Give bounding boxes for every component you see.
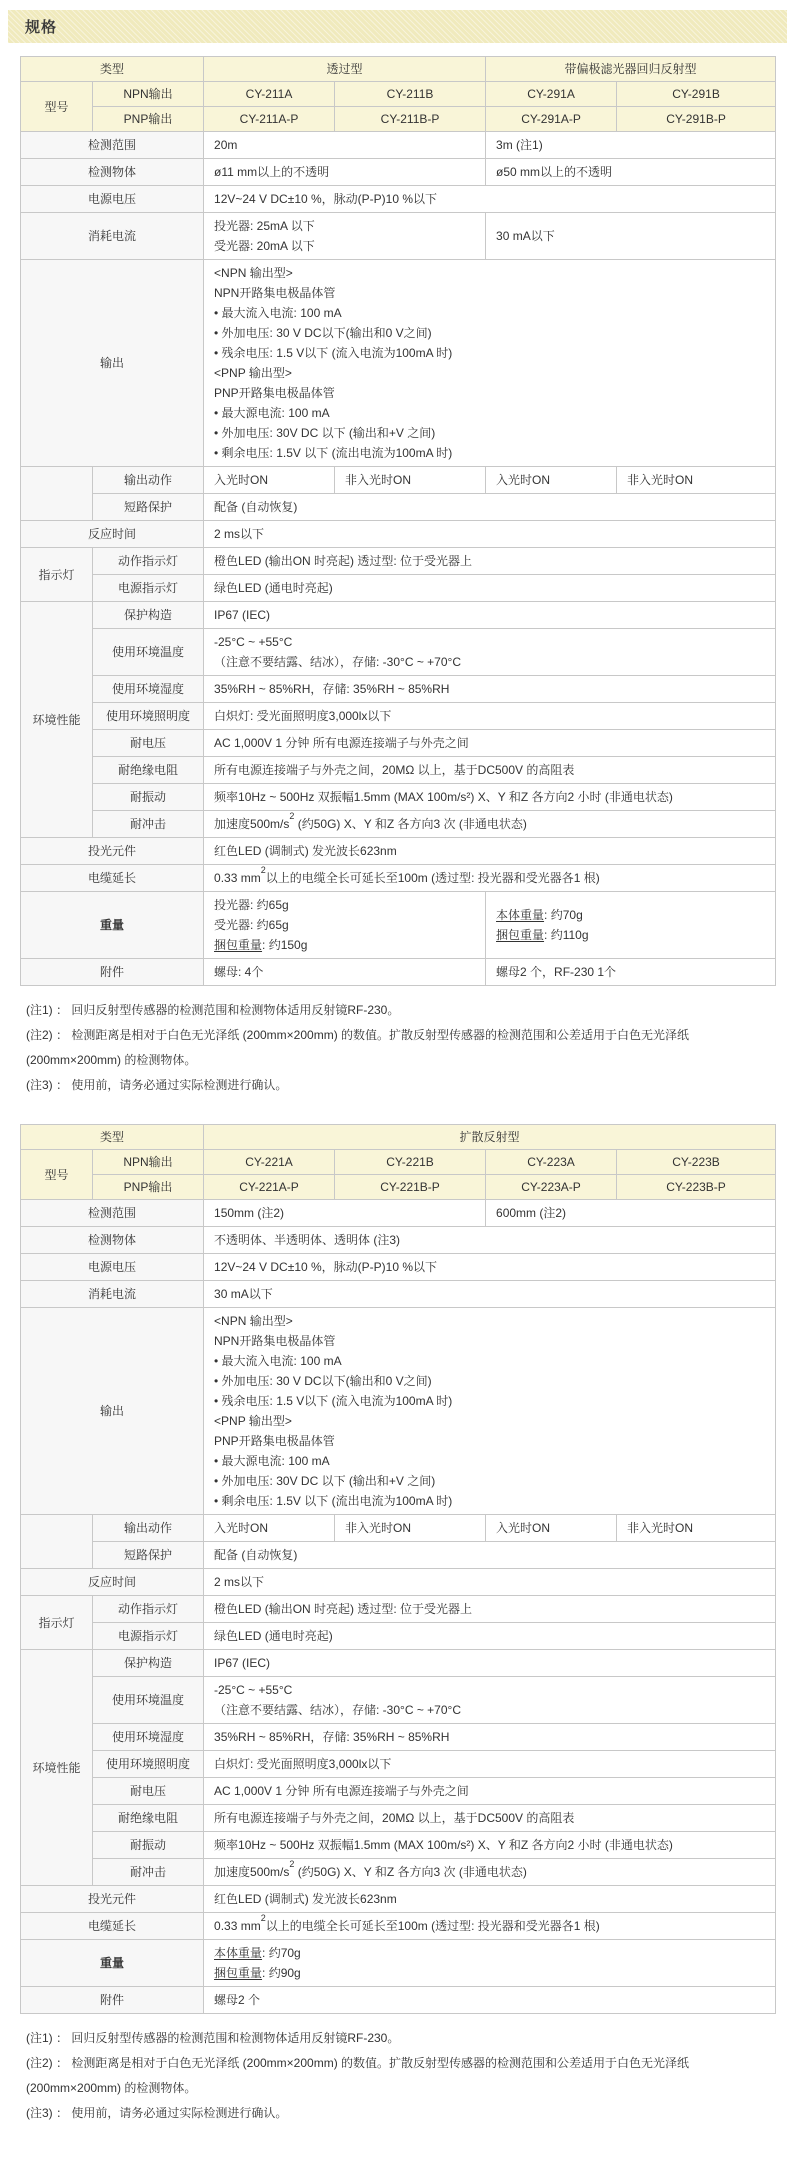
spec-body-row: 电源电压12V~24 V DC±10 %，脉动(P-P)10 %以下 [21,186,776,213]
spec-label-cell: 重量 [21,892,204,959]
spec-value-cell: 配备 (自动恢复) [204,494,776,521]
spec-body-row: 投光元件红色LED (调制式) 发光波长623nm [21,838,776,865]
notes-block: (注1) ： 回归反射型传感器的检测范围和检测物体适用反射镜RF-230。(注2… [26,2026,775,2126]
note: (注3) ： 使用前，请务必通过实际检测进行确认。 [26,2101,775,2126]
spec-value-cell: 入光时ON [204,467,335,494]
spec-value-cell: AC 1,000V 1 分钟 所有电源连接端子与外壳之间 [204,730,776,757]
spec-header-cell: PNP输出 [93,107,204,132]
spec-label-cell: 消耗电流 [21,1281,204,1308]
spec-value-cell: 绿色LED (通电时亮起) [204,1623,776,1650]
spec-body-row: 短路保护配备 (自动恢复) [21,494,776,521]
spec-body-row: 检测范围20m3m (注1) [21,132,776,159]
spec-value-cell: 35%RH ~ 85%RH，存储: 35%RH ~ 85%RH [204,1724,776,1751]
spec-label-cell: 反应时间 [21,1569,204,1596]
spec-label-cell: 电源指示灯 [93,1623,204,1650]
spec-body-row: 使用环境湿度35%RH ~ 85%RH，存储: 35%RH ~ 85%RH [21,1724,776,1751]
spec-label-cell: 电源电压 [21,186,204,213]
spec-value-cell: 非入光时ON [335,467,486,494]
spec-value-cell: 不透明体、半透明体、透明体 (注3) [204,1227,776,1254]
spec-label-cell: 检测范围 [21,1200,204,1227]
spec-body-row: 耐绝缘电阻所有电源连接端子与外壳之间，20MΩ 以上，基于DC500V 的高阻表 [21,757,776,784]
spec-body-row: 检测范围150mm (注2)600mm (注2) [21,1200,776,1227]
spec-label-cell: 使用环境温度 [93,1677,204,1724]
spec-label-cell: 耐冲击 [93,1859,204,1886]
spec-header-cell: CY-291B [617,82,776,107]
spec-body-row: 电源指示灯绿色LED (通电时亮起) [21,575,776,602]
spec-label-cell: 耐绝缘电阻 [93,757,204,784]
spec-body-row: 电源电压12V~24 V DC±10 %，脉动(P-P)10 %以下 [21,1254,776,1281]
spec-body-row: 耐电压AC 1,000V 1 分钟 所有电源连接端子与外壳之间 [21,1778,776,1805]
spec-value-cell: 非入光时ON [617,467,776,494]
spec-value-cell: 非入光时ON [335,1515,486,1542]
spec-value-cell: 白炽灯: 受光面照明度3,000lx以下 [204,1751,776,1778]
spec-header-cell: NPN输出 [93,1150,204,1175]
spec-header-cell: 类型 [21,1125,204,1150]
spec-body-row: 附件螺母: 4个螺母2 个，RF-230 1个 [21,959,776,986]
spec-value-cell: 0.33 mm2以上的电缆全长可延长至100m (透过型: 投光器和受光器各1 … [204,1913,776,1940]
spec-value-cell: 绿色LED (通电时亮起) [204,575,776,602]
spec-body-row: 检测物体不透明体、半透明体、透明体 (注3) [21,1227,776,1254]
spec-body-row: 耐电压AC 1,000V 1 分钟 所有电源连接端子与外壳之间 [21,730,776,757]
note: (注2) ： 检测距离是相对于白色无光泽纸 (200mm×200mm) 的数值。… [26,2051,775,2101]
spec-value-cell: 0.33 mm2以上的电缆全长可延长至100m (透过型: 投光器和受光器各1 … [204,865,776,892]
note: (注1) ： 回归反射型传感器的检测范围和检测物体适用反射镜RF-230。 [26,998,775,1023]
spec-body-row: 指示灯动作指示灯橙色LED (输出ON 时亮起) 透过型: 位于受光器上 [21,1596,776,1623]
spec-value-cell: 螺母2 个，RF-230 1个 [486,959,776,986]
spec-value-cell: AC 1,000V 1 分钟 所有电源连接端子与外壳之间 [204,1778,776,1805]
spec-value-cell: 投光器: 25mA 以下受光器: 20mA 以下 [204,213,486,260]
spec-label-cell: 附件 [21,959,204,986]
spec-header-row: 类型扩散反射型 [21,1125,776,1150]
note: (注1) ： 回归反射型传感器的检测范围和检测物体适用反射镜RF-230。 [26,2026,775,2051]
spec-label-cell: 耐振动 [93,784,204,811]
spec-body-row: 耐振动频率10Hz ~ 500Hz 双振幅1.5mm (MAX 100m/s²)… [21,1832,776,1859]
spec-value-cell: 2 ms以下 [204,521,776,548]
spec-value-cell: 螺母2 个 [204,1987,776,2014]
spec-value-cell: 本体重量: 约70g捆包重量: 约90g [204,1940,776,1987]
spec-header-row: 型号NPN输出CY-221ACY-221BCY-223ACY-223B [21,1150,776,1175]
spec-body-row: 检测物体ø11 mm以上的不透明ø50 mm以上的不透明 [21,159,776,186]
spec-label-cell: 电缆延长 [21,865,204,892]
spec-body-row: 环境性能保护构造IP67 (IEC) [21,1650,776,1677]
spec-label-cell: 耐电压 [93,1778,204,1805]
spec-label-cell: 反应时间 [21,521,204,548]
spec-label-cell: 指示灯 [21,1596,93,1650]
spec-header-cell: CY-221A-P [204,1175,335,1200]
spec-label-cell: 使用环境照明度 [93,703,204,730]
spec-value-cell: 本体重量: 约70g捆包重量: 约110g [486,892,776,959]
spec-body-row: 耐绝缘电阻所有电源连接端子与外壳之间，20MΩ 以上，基于DC500V 的高阻表 [21,1805,776,1832]
spec-header-cell: CY-223A [486,1150,617,1175]
spec-header-cell: CY-211B-P [335,107,486,132]
spec-body-row: 重量投光器: 约65g受光器: 约65g捆包重量: 约150g本体重量: 约70… [21,892,776,959]
spec-value-cell: 12V~24 V DC±10 %，脉动(P-P)10 %以下 [204,186,776,213]
spec-value-cell: 红色LED (调制式) 发光波长623nm [204,838,776,865]
spec-body-row: 使用环境温度-25°C ~ +55°C （注意不要结露、结冰），存储: -30°… [21,1677,776,1724]
spec-body-row: 耐冲击加速度500m/s2 (约50G) X、Y 和Z 各方向3 次 (非通电状… [21,811,776,838]
spec-value-cell: 频率10Hz ~ 500Hz 双振幅1.5mm (MAX 100m/s²) X、… [204,1832,776,1859]
spec-header-row: 型号NPN输出CY-211ACY-211BCY-291ACY-291B [21,82,776,107]
spec-label-cell: 投光元件 [21,1886,204,1913]
spec-label-cell: 耐电压 [93,730,204,757]
spec-header-cell: 带偏极滤光器回归反射型 [486,57,776,82]
spec-label-cell: 保护构造 [93,1650,204,1677]
spec-label-cell: 输出动作 [93,467,204,494]
spec-value-cell: 35%RH ~ 85%RH，存储: 35%RH ~ 85%RH [204,676,776,703]
spec-header-cell: 型号 [21,1150,93,1200]
spec-label-cell [21,467,93,521]
spec-value-cell: 螺母: 4个 [204,959,486,986]
spec-header-cell: CY-291A [486,82,617,107]
spec-value-cell: IP67 (IEC) [204,602,776,629]
spec-body-row: 消耗电流投光器: 25mA 以下受光器: 20mA 以下30 mA以下 [21,213,776,260]
spec-label-cell: 电缆延长 [21,1913,204,1940]
spec-value-cell: 配备 (自动恢复) [204,1542,776,1569]
spec-body-row: 输出<NPN 输出型>NPN开路集电极晶体管• 最大流入电流: 100 mA• … [21,260,776,467]
spec-value-cell: 所有电源连接端子与外壳之间，20MΩ 以上，基于DC500V 的高阻表 [204,757,776,784]
spec-label-cell: 动作指示灯 [93,548,204,575]
spec-header-cell: CY-291A-P [486,107,617,132]
spec-table-diffuse: 类型扩散反射型型号NPN输出CY-221ACY-221BCY-223ACY-22… [20,1124,776,2014]
spec-value-cell: 30 mA以下 [486,213,776,260]
spec-value-cell: ø11 mm以上的不透明 [204,159,486,186]
spec-value-cell: 2 ms以下 [204,1569,776,1596]
spec-header-cell: CY-211B [335,82,486,107]
spec-label-cell: 输出动作 [93,1515,204,1542]
spec-label-cell: 耐冲击 [93,811,204,838]
spec-header-cell: NPN输出 [93,82,204,107]
spec-value-cell: 红色LED (调制式) 发光波长623nm [204,1886,776,1913]
spec-body-row: 输出<NPN 输出型>NPN开路集电极晶体管• 最大流入电流: 100 mA• … [21,1308,776,1515]
spec-header-cell: CY-211A [204,82,335,107]
spec-value-cell: 橙色LED (输出ON 时亮起) 透过型: 位于受光器上 [204,1596,776,1623]
spec-label-cell: 电源指示灯 [93,575,204,602]
spec-header-cell: CY-221B [335,1150,486,1175]
spec-header-cell: CY-223B [617,1150,776,1175]
spec-body-row: 耐振动频率10Hz ~ 500Hz 双振幅1.5mm (MAX 100m/s²)… [21,784,776,811]
note: (注2) ： 检测距离是相对于白色无光泽纸 (200mm×200mm) 的数值。… [26,1023,775,1073]
spec-value-cell: <NPN 输出型>NPN开路集电极晶体管• 最大流入电流: 100 mA• 外加… [204,1308,776,1515]
spec-body-row: 环境性能保护构造IP67 (IEC) [21,602,776,629]
spec-label-cell: 动作指示灯 [93,1596,204,1623]
spec-body-row: 电缆延长0.33 mm2以上的电缆全长可延长至100m (透过型: 投光器和受光… [21,865,776,892]
spec-header-row: PNP输出CY-221A-PCY-221B-PCY-223A-PCY-223B-… [21,1175,776,1200]
spec-label-cell: 使用环境温度 [93,629,204,676]
spec-value-cell: 3m (注1) [486,132,776,159]
spec-label-cell: 短路保护 [93,494,204,521]
spec-label-cell: 输出 [21,1308,204,1515]
spec-content: 类型透过型带偏极滤光器回归反射型型号NPN输出CY-211ACY-211BCY-… [20,56,775,2126]
spec-value-cell: 30 mA以下 [204,1281,776,1308]
spec-value-cell: 加速度500m/s2 (约50G) X、Y 和Z 各方向3 次 (非通电状态) [204,1859,776,1886]
spec-header-cell: 扩散反射型 [204,1125,776,1150]
section-title-band: 规格 [8,10,787,43]
spec-label-cell: 短路保护 [93,1542,204,1569]
spec-body-row: 使用环境湿度35%RH ~ 85%RH，存储: 35%RH ~ 85%RH [21,676,776,703]
spec-body-row: 使用环境温度-25°C ~ +55°C （注意不要结露、结冰），存储: -30°… [21,629,776,676]
spec-body-row: 电缆延长0.33 mm2以上的电缆全长可延长至100m (透过型: 投光器和受光… [21,1913,776,1940]
spec-label-cell: 环境性能 [21,602,93,838]
spec-value-cell: 20m [204,132,486,159]
spec-label-cell: 消耗电流 [21,213,204,260]
spec-value-cell: 白炽灯: 受光面照明度3,000lx以下 [204,703,776,730]
spec-label-cell: 电源电压 [21,1254,204,1281]
spec-header-cell: 类型 [21,57,204,82]
spec-header-cell: 型号 [21,82,93,132]
spec-label-cell: 环境性能 [21,1650,93,1886]
spec-body-row: 附件螺母2 个 [21,1987,776,2014]
spec-header-cell: CY-221B-P [335,1175,486,1200]
spec-value-cell: 非入光时ON [617,1515,776,1542]
spec-label-cell: 检测物体 [21,159,204,186]
spec-body-row: 使用环境照明度白炽灯: 受光面照明度3,000lx以下 [21,703,776,730]
spec-value-cell: IP67 (IEC) [204,1650,776,1677]
spec-label-cell: 检测物体 [21,1227,204,1254]
spec-label-cell: 附件 [21,1987,204,2014]
spec-body-row: 输出动作入光时ON非入光时ON入光时ON非入光时ON [21,467,776,494]
spec-label-cell: 耐绝缘电阻 [93,1805,204,1832]
spec-value-cell: 投光器: 约65g受光器: 约65g捆包重量: 约150g [204,892,486,959]
spec-value-cell: 12V~24 V DC±10 %，脉动(P-P)10 %以下 [204,1254,776,1281]
spec-label-cell: 检测范围 [21,132,204,159]
spec-value-cell: 橙色LED (输出ON 时亮起) 透过型: 位于受光器上 [204,548,776,575]
spec-label-cell: 耐振动 [93,1832,204,1859]
spec-body-row: 反应时间2 ms以下 [21,521,776,548]
spec-header-cell: CY-223B-P [617,1175,776,1200]
spec-header-cell: CY-221A [204,1150,335,1175]
page-title: 规格 [8,16,57,37]
spec-header-cell: CY-291B-P [617,107,776,132]
spec-body-row: 指示灯动作指示灯橙色LED (输出ON 时亮起) 透过型: 位于受光器上 [21,548,776,575]
spec-value-cell: 所有电源连接端子与外壳之间，20MΩ 以上，基于DC500V 的高阻表 [204,1805,776,1832]
spec-body-row: 电源指示灯绿色LED (通电时亮起) [21,1623,776,1650]
spec-header-row: 类型透过型带偏极滤光器回归反射型 [21,57,776,82]
spec-body-row: 耐冲击加速度500m/s2 (约50G) X、Y 和Z 各方向3 次 (非通电状… [21,1859,776,1886]
spec-label-cell: 指示灯 [21,548,93,602]
spec-body-row: 使用环境照明度白炽灯: 受光面照明度3,000lx以下 [21,1751,776,1778]
spec-table-transmissive: 类型透过型带偏极滤光器回归反射型型号NPN输出CY-211ACY-211BCY-… [20,56,776,986]
spec-value-cell: -25°C ~ +55°C （注意不要结露、结冰），存储: -30°C ~ +7… [204,629,776,676]
spec-label-cell: 投光元件 [21,838,204,865]
spec-body-row: 消耗电流30 mA以下 [21,1281,776,1308]
spec-header-row: PNP输出CY-211A-PCY-211B-PCY-291A-PCY-291B-… [21,107,776,132]
spec-value-cell: <NPN 输出型>NPN开路集电极晶体管• 最大流入电流: 100 mA• 外加… [204,260,776,467]
spec-body-row: 重量本体重量: 约70g捆包重量: 约90g [21,1940,776,1987]
spec-label-cell: 使用环境湿度 [93,676,204,703]
spec-body-row: 短路保护配备 (自动恢复) [21,1542,776,1569]
spec-value-cell: 频率10Hz ~ 500Hz 双振幅1.5mm (MAX 100m/s²) X、… [204,784,776,811]
spec-body-row: 投光元件红色LED (调制式) 发光波长623nm [21,1886,776,1913]
spec-header-cell: CY-211A-P [204,107,335,132]
spec-header-cell: CY-223A-P [486,1175,617,1200]
spec-value-cell: 150mm (注2) [204,1200,486,1227]
spec-body-row: 输出动作入光时ON非入光时ON入光时ON非入光时ON [21,1515,776,1542]
spec-value-cell: -25°C ~ +55°C （注意不要结露、结冰），存储: -30°C ~ +7… [204,1677,776,1724]
spec-value-cell: 入光时ON [486,467,617,494]
spec-value-cell: 入光时ON [204,1515,335,1542]
notes-block: (注1) ： 回归反射型传感器的检测范围和检测物体适用反射镜RF-230。(注2… [26,998,775,1098]
spec-label-cell: 使用环境照明度 [93,1751,204,1778]
spec-label-cell: 保护构造 [93,602,204,629]
spec-value-cell: 600mm (注2) [486,1200,776,1227]
spec-header-cell: 透过型 [204,57,486,82]
spec-value-cell: 加速度500m/s2 (约50G) X、Y 和Z 各方向3 次 (非通电状态) [204,811,776,838]
spec-value-cell: 入光时ON [486,1515,617,1542]
spec-value-cell: ø50 mm以上的不透明 [486,159,776,186]
spec-body-row: 反应时间2 ms以下 [21,1569,776,1596]
spec-header-cell: PNP输出 [93,1175,204,1200]
note: (注3) ： 使用前，请务必通过实际检测进行确认。 [26,1073,775,1098]
spec-label-cell [21,1515,93,1569]
spec-label-cell: 使用环境湿度 [93,1724,204,1751]
spec-label-cell: 输出 [21,260,204,467]
spec-label-cell: 重量 [21,1940,204,1987]
